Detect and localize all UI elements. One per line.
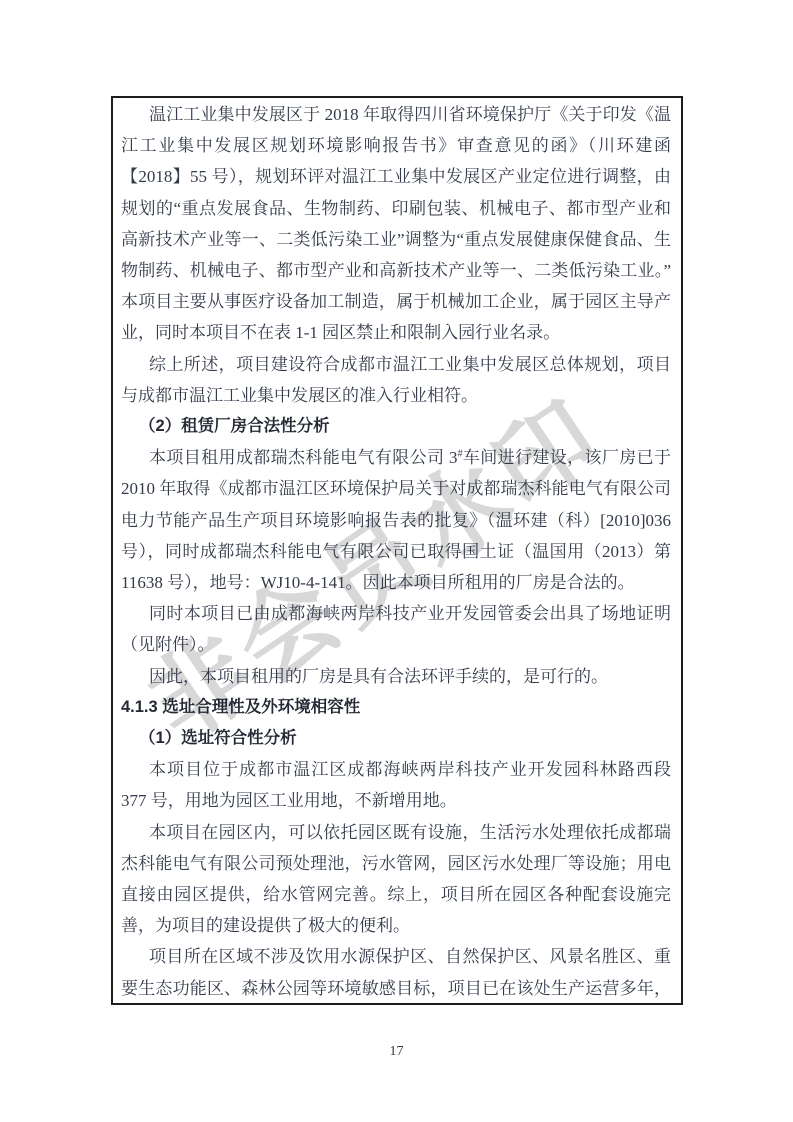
paragraph: 本项目租用成都瑞杰科能电气有限公司 3#车间进行建设，该厂房已于 2010 年取…: [121, 442, 671, 598]
paragraph: 因此，本项目租用的厂房是具有合法环评手续的，是可行的。: [121, 661, 671, 692]
paragraph: 项目所在区域不涉及饮用水源保护区、自然保护区、风景名胜区、重要生态功能区、森林公…: [121, 941, 671, 1005]
paragraph: 同时本项目已由成都海峡两岸科技产业开发园管委会出具了场地证明（见附件）。: [121, 598, 671, 660]
subsection-heading: （1）选址符合性分析: [121, 723, 671, 754]
document-content: 温江工业集中发展区于 2018 年取得四川省环境保护厅《关于印发《温江工业集中发…: [121, 99, 671, 1005]
paragraph: 温江工业集中发展区于 2018 年取得四川省环境保护厅《关于印发《温江工业集中发…: [121, 99, 671, 349]
document-frame: 温江工业集中发展区于 2018 年取得四川省环境保护厅《关于印发《温江工业集中发…: [111, 96, 683, 1005]
page-number: 17: [0, 1044, 793, 1060]
paragraph: 综上所述，项目建设符合成都市温江工业集中发展区总体规划，项目与成都市温江工业集中…: [121, 349, 671, 411]
paragraph: 本项目位于成都市温江区成都海峡两岸科技产业开发园科林路西段 377 号，用地为园…: [121, 754, 671, 816]
subsection-heading: （2）租赁厂房合法性分析: [121, 411, 671, 442]
paragraph: 本项目在园区内，可以依托园区既有设施，生活污水处理依托成都瑞杰科能电气有限公司预…: [121, 817, 671, 942]
document-page: 非会员水印 温江工业集中发展区于 2018 年取得四川省环境保护厅《关于印发《温…: [0, 0, 793, 1122]
section-heading: 4.1.3 选址合理性及外环境相容性: [121, 692, 671, 723]
